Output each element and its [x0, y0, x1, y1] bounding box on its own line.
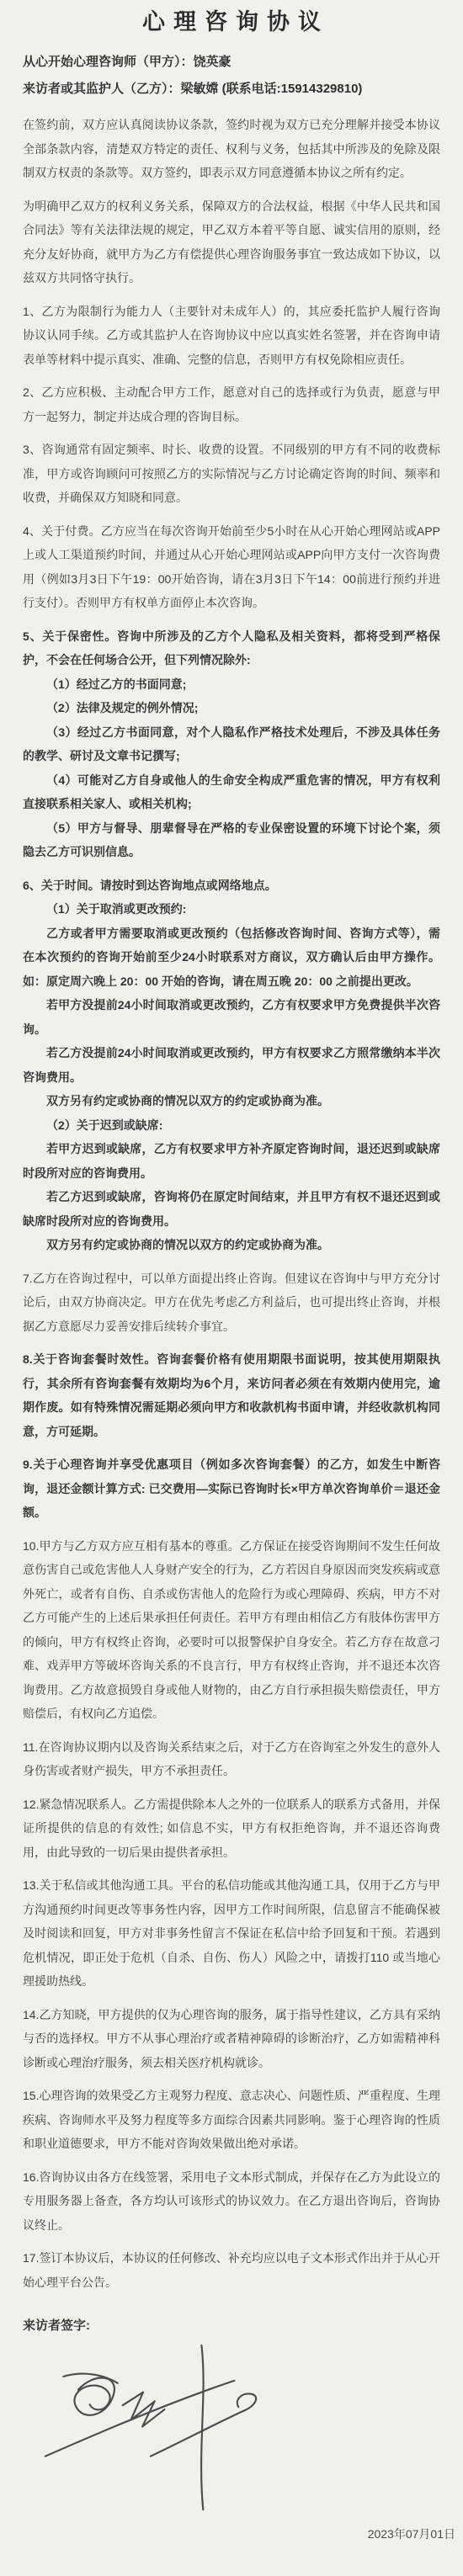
agreement-paragraph: 双方另有约定或协商的情况以双方的约定或协商为准。	[23, 1233, 440, 1257]
agreement-paragraph: 双方另有约定或协商的情况以双方的约定或协商为准。	[23, 1089, 440, 1113]
agreement-paragraph: 12.紧急情况联系人。乙方需提供除本人之外的一位联系人的联系方式备用，并保证所提…	[23, 1793, 440, 1865]
signature-image	[23, 2342, 267, 2515]
agreement-paragraph: 若甲方迟到或缺席，乙方有权要求甲方补齐原定咨询时间，退还迟到或缺席时段所对应的咨…	[23, 1137, 440, 1185]
agreement-paragraph: 15.心理咨询的效果受乙方主观努力程度、意志决心、问题性质、严重程度、生理疾病、…	[23, 2084, 440, 2156]
agreement-paragraph: 13.关于私信或其他沟通工具。平台的私信功能或其他沟通工具，仅用于乙方与甲方沟通…	[23, 1873, 440, 1994]
visitor-signature-label: 来访者签字:	[23, 2316, 440, 2334]
agreement-paragraph: 10.甲方与乙方双方应互相有基本的尊重。乙方保证在接受咨询期间不发生任何故意伤害…	[23, 1534, 440, 1726]
party-b-line: 来访者或其监护人（乙方）：梁敏嫦 (联系电话:15914329810)	[23, 76, 440, 103]
agreement-body: 在签约前，双方应认真阅读协议条款，签约时视为双方已充分理解并接受本协议全部条款内…	[23, 113, 440, 2294]
agreement-paragraph: 若甲方没提前24小时间取消或更改预约，乙方有权要求甲方免费提供半次咨询。	[23, 993, 440, 1041]
party-a-line: 从心开始心理咨询师（甲方）：饶英豪	[23, 49, 440, 76]
sign-date: 2023年07月01日	[23, 2526, 455, 2542]
agreement-paragraph: 乙方或者甲方需要取消或更改预约（包括修改咨询时间、咨询方式等），需在本次预约的咨…	[23, 922, 440, 994]
visitor-signature	[23, 2342, 440, 2510]
agreement-paragraph: 在签约前，双方应认真阅读协议条款，签约时视为双方已充分理解并接受本协议全部条款内…	[23, 113, 440, 185]
agreement-paragraph: 3、咨询通常有固定频率、时长、收费的设置。不同级别的甲方有不同的收费标准，甲方或…	[23, 438, 440, 510]
agreement-paragraph: 若乙方迟到或缺席，咨询将仍在原定时间结束，并且甲方有权不退还迟到或缺席时段所对应…	[23, 1185, 440, 1233]
agreement-paragraph: （4）可能对乙方自身或他人的生命安全构成严重危害的情况，甲方有权利直接联系相关家…	[23, 768, 440, 816]
agreement-paragraph: （3）经过乙方书面同意，对个人隐私作严格技术处理后，不涉及具体任务的教学、研讨及…	[23, 720, 440, 768]
agreement-paragraph: （2）法律及规定的例外情况;	[23, 696, 440, 720]
agreement-paragraph: 4、关于付费。乙方应当在每次咨询开始前至少5小时在从心开始心理网站或APP上或人…	[23, 519, 440, 615]
agreement-document: 心理咨询协议 从心开始心理咨询师（甲方）：饶英豪 来访者或其监护人（乙方）：梁敏…	[0, 0, 463, 2576]
agreement-paragraph: （1）经过乙方的书面同意;	[23, 672, 440, 697]
agreement-paragraph: 5、关于保密性。咨询中所涉及的乙方个人隐私及相关资料，都将受到严格保护，不会在任…	[23, 624, 440, 672]
agreement-paragraph: 2、乙方应积极、主动配合甲方工作，愿意对自己的选择或行为负责，愿意与甲方一起努力…	[23, 380, 440, 428]
page-title: 心理咨询协议	[23, 8, 440, 35]
agreement-paragraph: （1）关于取消或更改预约:	[23, 897, 440, 922]
agreement-paragraph: 8.关于咨询套餐时效性。咨询套餐价格有使用期限书面说明，按其使用期限执行，其余所…	[23, 1347, 440, 1443]
agreement-paragraph: 14.乙方知晓，甲方提供的仅为心理咨询的服务，属于指导性建议，乙方具有采纳与否的…	[23, 2003, 440, 2075]
agreement-paragraph: 1、乙方为限制行为能力人（主要针对未成年人）的，其应委托监护人履行咨询协议认同手…	[23, 300, 440, 372]
agreement-paragraph: 若乙方没提前24小时间取消或更改预约，甲方有权要求乙方照常缴纳本半次咨询费用。	[23, 1041, 440, 1089]
agreement-paragraph: 16.咨询协议由各方在线签署，采用电子文本形式制成，并保存在乙方为此设立的专用服…	[23, 2165, 440, 2238]
agreement-paragraph: 6、关于时间。请按时到达咨询地点或网络地点。	[23, 874, 440, 898]
agreement-paragraph: 7.乙方在咨询过程中，可以单方面提出终止咨询。但建议在咨询中与甲方充分讨论后，由…	[23, 1267, 440, 1339]
agreement-paragraph: 11.在咨询协议期内以及咨询关系结束之后，对于乙方在咨询室之外发生的意外人身伤害…	[23, 1735, 440, 1783]
agreement-paragraph: （2）关于迟到或缺席:	[23, 1113, 440, 1138]
agreement-paragraph: （5）甲方与督导、朋辈督导在严格的专业保密设置的环境下讨论个案，须隐去乙方可识别…	[23, 816, 440, 864]
agreement-paragraph: 9.关于心理咨询并享受优惠项目（例如多次咨询套餐）的乙方，如发生中断咨询，退还金…	[23, 1453, 440, 1525]
agreement-paragraph: 17.签订本协议后，本协议的任何修改、补充均应以电子文本形式作出并于从心开始心理…	[23, 2246, 440, 2294]
agreement-paragraph: 为明确甲乙双方的权利义务关系，保障双方的合法权益，根据《中华人民共和国合同法》等…	[23, 194, 440, 290]
